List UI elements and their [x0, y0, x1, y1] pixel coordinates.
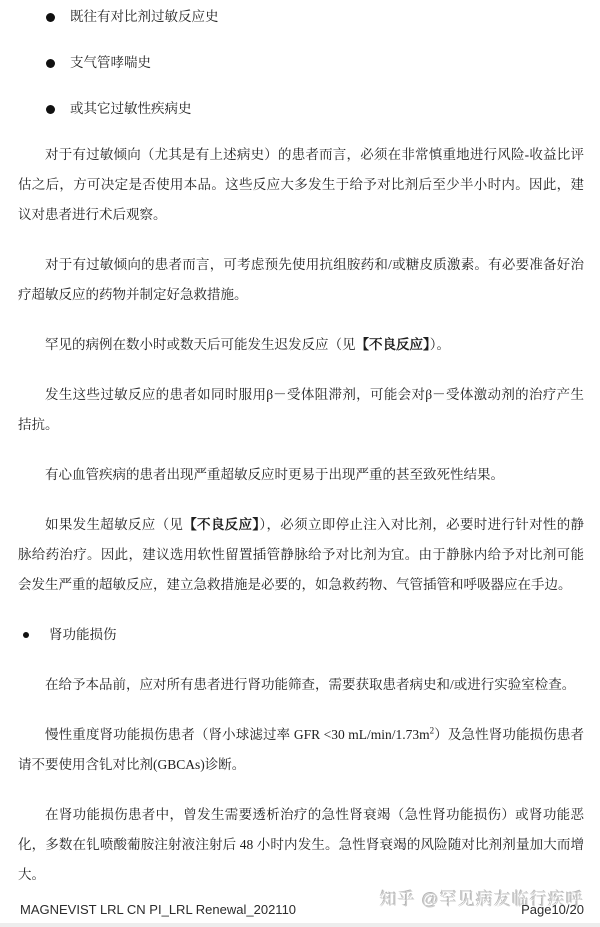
paragraph-gfr-warning: 慢性重度肾功能损伤患者（肾小球滤过率 GFR <30 mL/min/1.73m2… [18, 720, 584, 780]
list-item: 既往有对比剂过敏反应史 [18, 2, 584, 32]
paragraph-delayed-reaction: 罕见的病例在数小时或数天后可能发生迟发反应（见【不良反应】）。 [18, 330, 584, 360]
bullet-icon [46, 13, 55, 22]
list-item-renal-impairment: 肾功能损伤 [18, 620, 584, 650]
bullet-icon [46, 105, 55, 114]
bullet-label: 肾功能损伤 [49, 620, 117, 650]
footer-document-id: MAGNEVIST LRL CN PI_LRL Renewal_202110 [20, 902, 296, 917]
paragraph-cardiovascular: 有心血管疾病的患者出现严重超敏反应时更易于出现严重的甚至致死性结果。 [18, 460, 584, 490]
bullet-icon [46, 59, 55, 68]
bullet-label: 既往有对比剂过敏反应史 [70, 2, 219, 32]
paragraph-renal-screening: 在给予本品前，应对所有患者进行肾功能筛查，需要获取患者病史和/或进行实验室检查。 [18, 670, 584, 700]
footer-page-number: Page10/20 [521, 902, 584, 917]
list-item: 支气管哮喘史 [18, 48, 584, 78]
paragraph-text: 慢性重度肾功能损伤患者（肾小球滤过率 GFR <30 mL/min/1.73m [45, 727, 430, 742]
bullet-label: 或其它过敏性疾病史 [70, 94, 192, 124]
page-footer: MAGNEVIST LRL CN PI_LRL Renewal_202110 P… [20, 902, 584, 917]
adverse-reactions-reference: 【不良反应】 [356, 337, 430, 352]
paragraph-risk-benefit: 对于有过敏倾向（尤其是有上述病史）的患者而言，必须在非常慎重地进行风险-收益比评… [18, 140, 584, 230]
paragraph-text: 罕见的病例在数小时或数天后可能发生迟发反应（见 [45, 337, 356, 352]
paragraph-premedication: 对于有过敏倾向的患者而言，可考虑预先使用抗组胺药和/或糖皮质激素。有必要准备好治… [18, 250, 584, 310]
bullet-icon [23, 632, 29, 638]
paragraph-text: ）。 [430, 337, 450, 352]
scan-edge-strip [0, 923, 600, 927]
paragraph-beta-blocker: 发生这些过敏反应的患者如同时服用β－受体阻滞剂，可能会对β－受体激动剂的治疗产生… [18, 380, 584, 440]
adverse-reactions-reference: 【不良反应】 [183, 517, 259, 532]
paragraph-text: 如果发生超敏反应（见 [45, 517, 183, 532]
document-body: 既往有对比剂过敏反应史 支气管哮喘史 或其它过敏性疾病史 对于有过敏倾向（尤其是… [18, 2, 584, 910]
paragraph-acute-renal-failure: 在肾功能损伤患者中，曾发生需要透析治疗的急性肾衰竭（急性肾功能损伤）或肾功能恶化… [18, 800, 584, 890]
bullet-label: 支气管哮喘史 [70, 48, 151, 78]
list-item: 或其它过敏性疾病史 [18, 94, 584, 124]
paragraph-hypersensitivity-management: 如果发生超敏反应（见【不良反应】），必须立即停止注入对比剂，必要时进行针对性的静… [18, 510, 584, 600]
document-page: 既往有对比剂过敏反应史 支气管哮喘史 或其它过敏性疾病史 对于有过敏倾向（尤其是… [0, 0, 600, 927]
